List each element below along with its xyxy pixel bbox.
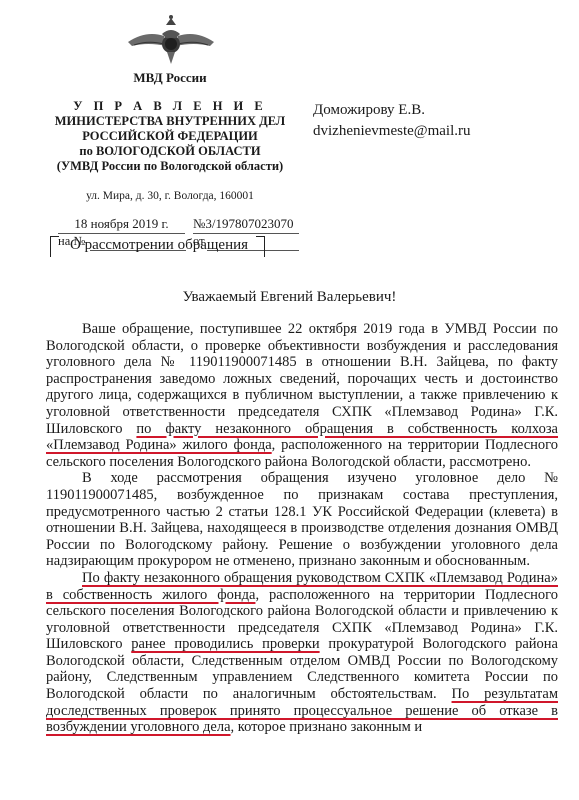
org-short-name: МВД России (20, 70, 320, 85)
body-paragraph: Ваше обращение, поступившее 22 октября 2… (46, 321, 558, 470)
letter-number: №3/197807023070 (193, 216, 299, 234)
org-full-name: У П Р А В Л Е Н И Е МИНИСТЕРСТВА ВНУТРЕН… (20, 99, 320, 174)
org-line: (УМВД России по Вологодской области) (20, 159, 320, 174)
letter-subject: О рассмотрении обращения (70, 237, 248, 254)
body-paragraph: В ходе рассмотрения обращения изучено уг… (46, 470, 558, 570)
org-line: РОССИЙСКОЙ ФЕДЕРАЦИИ (20, 129, 320, 144)
letter-body: Ваше обращение, поступившее 22 октября 2… (46, 321, 558, 736)
letter-date: 18 ноября 2019 г. (58, 216, 185, 234)
subject-bracket-left (50, 236, 59, 257)
greeting: Уважаемый Евгений Валерьевич! (0, 289, 579, 306)
org-line: по ВОЛОГОДСКОЙ ОБЛАСТИ (20, 144, 320, 159)
mvd-emblem-icon (126, 12, 216, 70)
org-line: У П Р А В Л Е Н И Е (20, 99, 320, 114)
subject-bracket-right (256, 236, 265, 257)
body-text: Ваше обращение, поступившее 22 октября 2… (46, 321, 558, 437)
body-paragraph: По факту незаконного обращения руководст… (46, 570, 558, 736)
highlighted-phrase: ранее проводились проверки (131, 636, 319, 652)
recipient-name: Доможирову Е.В. (313, 100, 471, 121)
recipient-email: dvizhenievmeste@mail.ru (313, 121, 471, 142)
org-address: ул. Мира, д. 30, г. Вологда, 160001 (20, 190, 320, 202)
body-text: В ходе рассмотрения обращения изучено уг… (46, 470, 558, 569)
body-text: , которое признано законным и (231, 719, 423, 735)
recipient-block: Доможирову Е.В. dvizhenievmeste@mail.ru (313, 100, 471, 142)
org-line: МИНИСТЕРСТВА ВНУТРЕННИХ ДЕЛ (20, 114, 320, 129)
